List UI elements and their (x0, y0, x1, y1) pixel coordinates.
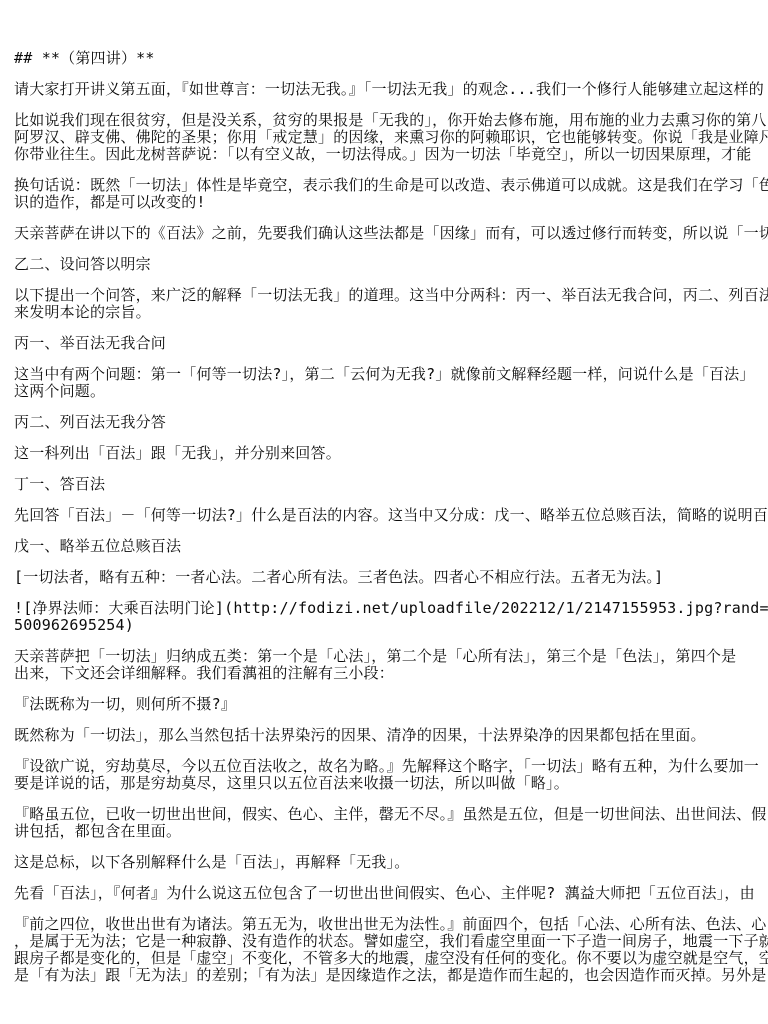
text-line: [一切法者，略有五种：一者心法。二者心所有法。三者色法。四者心不相应行法。五者无… (14, 569, 768, 586)
text-line: 这一科列出「百法」跟「无我」，并分别来回答。 (14, 445, 768, 462)
commentary-quote: 『法既称为一切，则何所不摄?』 (14, 696, 768, 713)
text-line: 先回答「百法」－「何等一切法?」什么是百法的内容。这当中又分成：戊一、略举五位总… (14, 507, 768, 524)
text-line: 以下提出一个问答，来广泛的解释「一切法无我」的道理。这当中分两科：丙一、举百法无… (14, 287, 768, 304)
text-line: 出来，下文还会详细解释。我们看蕅祖的注解有三小段： (14, 665, 768, 682)
text-line: 『前之四位，收世出世有为诸法。第五无为，收世出世无为法性。』前面四个，包括「心法… (14, 916, 768, 933)
paragraph: 既然称为「一切法」，那么当然包括十法界染污的因果、清净的因果，十法界染净的因果都… (14, 727, 768, 744)
text-line: 戊一、略举五位总赅百法 (14, 538, 768, 555)
markdown-heading: ## **（第四讲）** (14, 50, 768, 67)
text-line: 『略虽五位，已收一切世出世间，假实、色心、主伴，罄无不尽。』虽然是五位，但是一切… (14, 806, 768, 823)
text-line: 丙二、列百法无我分答 (14, 414, 768, 431)
text-line: ## **（第四讲）** (14, 50, 768, 67)
text-line: 既然称为「一切法」，那么当然包括十法界染污的因果、清净的因果，十法界染净的因果都… (14, 727, 768, 744)
paragraph: 先看「百法」，『何者』为什么说这五位包含了一切世出世间假实、色心、主伴呢? 蕅益… (14, 885, 768, 902)
paragraph: 比如说我们现在很贫穷，但是没关系，贫穷的果报是「无我的」，你开始去修布施，用布施… (14, 112, 768, 163)
text-line: 『法既称为一切，则何所不摄?』 (14, 696, 768, 713)
text-line: ，是属于无为法；它是一种寂静、没有造作的状态。譬如虚空，我们看虚空里面一下子造一… (14, 933, 768, 950)
text-line: 换句话说：既然「一切法」体性是毕竟空，表示我们的生命是可以改造、表示佛道可以成就… (14, 177, 768, 194)
paragraph: 『略虽五位，已收一切世出世间，假实、色心、主伴，罄无不尽。』虽然是五位，但是一切… (14, 806, 768, 840)
paragraph: 『前之四位，收世出世有为诸法。第五无为，收世出世无为法性。』前面四个，包括「心法… (14, 916, 768, 984)
text-line: 你带业往生。因此龙树菩萨说：「以有空义故，一切法得成。」因为一切法「毕竟空」，所… (14, 146, 768, 163)
paragraph: 先回答「百法」－「何等一切法?」什么是百法的内容。这当中又分成：戊一、略举五位总… (14, 507, 768, 524)
text-line: ![净界法师：大乘百法明门论](http://fodizi.net/upload… (14, 600, 768, 617)
paragraph: 这是总标，以下各别解释什么是「百法」，再解释「无我」。 (14, 854, 768, 871)
text-line: 要是详说的话，那是穷劫莫尽，这里只以五位百法来收摄一切法，所以叫做「略」。 (14, 775, 768, 792)
text-line: 请大家打开讲义第五面，『如世尊言：一切法无我。』「一切法无我」的观念...我们一… (14, 81, 768, 98)
text-line: 500962695254) (14, 617, 768, 634)
text-line: 这两个问题。 (14, 383, 768, 400)
text-line: 这当中有两个问题：第一「何等一切法?」，第二「云何为无我?」就像前文解释经题一样… (14, 366, 768, 383)
paragraph: 天亲菩萨在讲以下的《百法》之前，先要我们确认这些法都是「因缘」而有，可以透过修行… (14, 225, 768, 242)
text-line: 『设欲广说，穷劫莫尽，今以五位百法收之，故名为略。』先解释这个略字，「一切法」略… (14, 758, 768, 775)
paragraph: 请大家打开讲义第五面，『如世尊言：一切法无我。』「一切法无我」的观念...我们一… (14, 81, 768, 98)
text-line: 跟房子都是变化的，但是「虚空」不变化，不管多大的地震，虚空没有任何的变化。你不要… (14, 950, 768, 967)
paragraph: 『设欲广说，穷劫莫尽，今以五位百法收之，故名为略。』先解释这个略字，「一切法」略… (14, 758, 768, 792)
paragraph: 天亲菩萨把「一切法」归纳成五类：第一个是「心法」，第二个是「心所有法」，第三个是… (14, 648, 768, 682)
markdown-image-link: ![净界法师：大乘百法明门论](http://fodizi.net/upload… (14, 600, 768, 634)
text-line: 来发明本论的宗旨。 (14, 304, 768, 321)
section-heading: 丁一、答百法 (14, 476, 768, 493)
section-heading: 丙二、列百法无我分答 (14, 414, 768, 431)
text-line: 阿罗汉、辟支佛、佛陀的圣果；你用「戒定慧」的因缘，来熏习你的阿赖耶识，它也能够转… (14, 129, 768, 146)
text-line: 乙二、设问答以明宗 (14, 256, 768, 273)
text-line: 是「有为法」跟「无为法」的差别；「有为法」是因缘造作之法，都是造作而生起的，也会… (14, 967, 768, 984)
text-line: 先看「百法」，『何者』为什么说这五位包含了一切世出世间假实、色心、主伴呢? 蕅益… (14, 885, 768, 902)
section-heading: 丙一、举百法无我合问 (14, 335, 768, 352)
text-line: 天亲菩萨把「一切法」归纳成五类：第一个是「心法」，第二个是「心所有法」，第三个是… (14, 648, 768, 665)
section-heading: 乙二、设问答以明宗 (14, 256, 768, 273)
text-line: 比如说我们现在很贫穷，但是没关系，贫穷的果报是「无我的」，你开始去修布施，用布施… (14, 112, 768, 129)
text-line: 这是总标，以下各别解释什么是「百法」，再解释「无我」。 (14, 854, 768, 871)
scripture-quote: [一切法者，略有五种：一者心法。二者心所有法。三者色法。四者心不相应行法。五者无… (14, 569, 768, 586)
text-line: 丁一、答百法 (14, 476, 768, 493)
document-page: ## **（第四讲）**请大家打开讲义第五面，『如世尊言：一切法无我。』「一切法… (0, 0, 768, 1024)
text-line: 讲包括，都包含在里面。 (14, 823, 768, 840)
paragraph: 这当中有两个问题：第一「何等一切法?」，第二「云何为无我?」就像前文解释经题一样… (14, 366, 768, 400)
paragraph: 换句话说：既然「一切法」体性是毕竟空，表示我们的生命是可以改造、表示佛道可以成就… (14, 177, 768, 211)
text-line: 丙一、举百法无我合问 (14, 335, 768, 352)
section-heading: 戊一、略举五位总赅百法 (14, 538, 768, 555)
paragraph: 这一科列出「百法」跟「无我」，并分别来回答。 (14, 445, 768, 462)
document-content: ## **（第四讲）**请大家打开讲义第五面，『如世尊言：一切法无我。』「一切法… (14, 50, 768, 984)
text-line: 天亲菩萨在讲以下的《百法》之前，先要我们确认这些法都是「因缘」而有，可以透过修行… (14, 225, 768, 242)
text-line: 识的造作，都是可以改变的! (14, 194, 768, 211)
paragraph: 以下提出一个问答，来广泛的解释「一切法无我」的道理。这当中分两科：丙一、举百法无… (14, 287, 768, 321)
